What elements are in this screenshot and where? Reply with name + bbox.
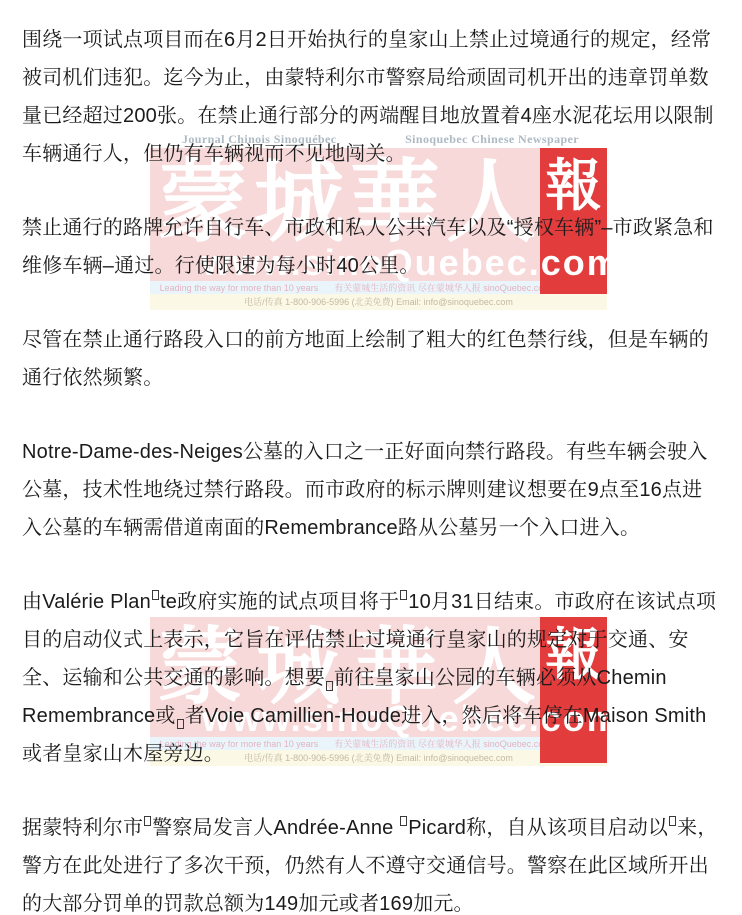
- paragraph: 尽管在禁止通行路段入口的前方地面上绘制了粗大的红色禁行线，但是车辆的通行依然频繁…: [22, 321, 720, 397]
- paragraph: 禁止通行的路牌允许自行车、市政和私人公共汽车以及“授权车辆”–市政紧急和维修车辆…: [22, 209, 720, 285]
- paragraph: 围绕一项试点项目而在6月2日开始执行的皇家山上禁止过境通行的规定，经常被司机们违…: [22, 21, 720, 173]
- paragraph: Notre-Dame-des-Neiges公墓的入口之一正好面向禁行路段。有些车…: [22, 433, 720, 547]
- paragraph: 由Valérie Plante政府实施的试点项目将于10月31日结束。市政府在该…: [22, 583, 720, 773]
- article-body: 围绕一项试点项目而在6月2日开始执行的皇家山上禁止过境通行的规定，经常被司机们违…: [0, 0, 742, 915]
- article-page: Journal Chinois Sinoquébec Sinoquebec Ch…: [0, 0, 742, 915]
- paragraph: 据蒙特利尔市警察局发言人Andrée-Anne Picard称，自从该项目启动以…: [22, 809, 720, 915]
- missing-glyph-box: [669, 816, 676, 826]
- missing-glyph-box: [144, 816, 151, 826]
- missing-glyph-box: [326, 681, 333, 691]
- missing-glyph-box: [152, 590, 159, 600]
- missing-glyph-box: [400, 590, 407, 600]
- missing-glyph-box: [177, 719, 184, 729]
- missing-glyph-box: [400, 816, 407, 826]
